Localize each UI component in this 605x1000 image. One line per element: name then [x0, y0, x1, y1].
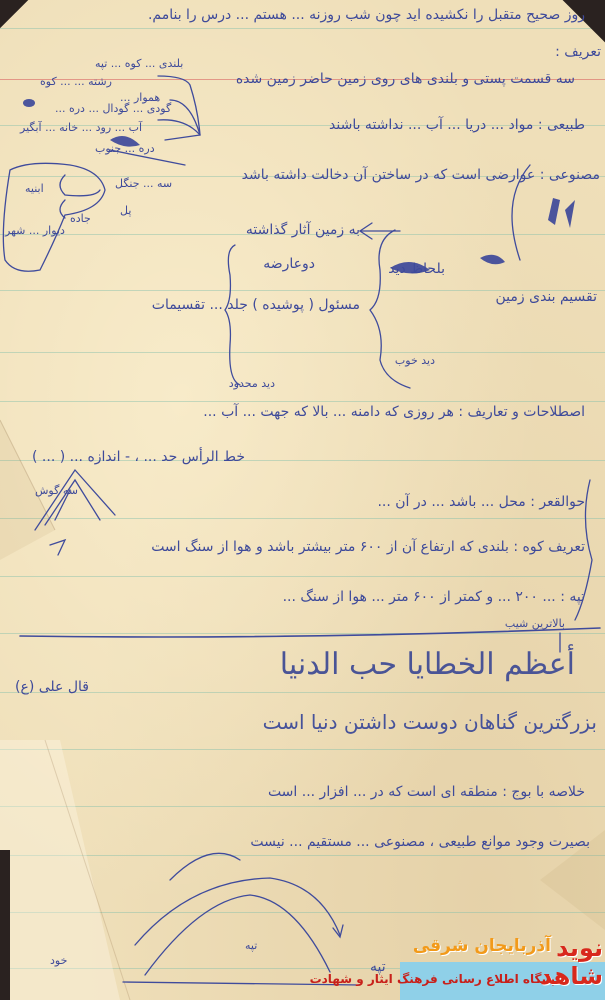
margin-note: پل	[120, 205, 131, 216]
text-line: دید محدود	[229, 378, 275, 389]
quote-translation: بزرگترین گناهان دوست داشتن دنیا است	[263, 712, 597, 732]
torn-corner	[0, 0, 28, 28]
text-line: به زمین آثار گذاشته	[246, 223, 360, 237]
text-line: دوعارضه	[263, 257, 315, 271]
text-line: بالاترین شیب	[505, 618, 565, 629]
diagram-label: تپه	[245, 940, 257, 951]
watermark-logo: نوید شاهد	[557, 934, 603, 996]
text-line: بصیرت وجود موانع طبیعی ، مصنوعی ... مستق…	[250, 835, 590, 849]
margin-note: بلندی ... کوه ... تپه	[95, 58, 183, 69]
watermark-subtitle: پایگاه اطلاع رسانی فرهنگ ایثار و شهادت	[310, 972, 555, 986]
text-line: خط الرأس حد ... ، - اندازه ... ( ... )	[32, 450, 245, 464]
ruling-line	[0, 806, 605, 807]
ruling-line	[0, 401, 605, 402]
text-line: حوالقعر : محل ... باشد ... در آن ...	[377, 495, 585, 509]
quote-arabic: أعظم الخطایا حب الدنیا	[280, 650, 575, 680]
ruling-line	[0, 576, 605, 577]
ruling-line	[0, 749, 605, 750]
ruling-line	[0, 692, 605, 693]
margin-note: ابنیه	[25, 183, 44, 194]
margin-note: دره ... جنوب	[95, 143, 155, 154]
text-line: بلحاظ دید	[388, 262, 445, 276]
text-line: اصطلاحات و تعاریف : هر روزی که دامنه ...…	[203, 405, 585, 419]
text-line: تعریف کوه : بلندی که ارتفاع آن از ۶۰۰ مت…	[151, 540, 585, 554]
text-line: طبیعی : مواد ... دریا ... آب ... نداشته …	[329, 118, 585, 132]
margin-note: گودی ... گودال ... دره ...	[55, 103, 171, 114]
notebook-page: روز صحیح متقبل را نکشیده اید چون شب روزن…	[0, 0, 605, 1000]
text-line: خلاصه با بوج : منطقه ای است که در ... اف…	[268, 785, 585, 799]
margin-note: رشته ... ... کوه	[40, 76, 112, 87]
watermark-region: آذربایجان شرقی	[413, 936, 551, 956]
torn-edge	[0, 850, 10, 1000]
margin-note: آب ... رود ... خانه ... آبگیر	[20, 122, 142, 133]
ruling-line	[0, 855, 605, 856]
heading-definition: تعریف :	[555, 45, 601, 59]
text-line: تپه : ... ۲۰۰ ... و کمتر از ۶۰۰ متر ... …	[283, 590, 585, 604]
text-line: سه قسمت پستی و بلندی های روی زمین حاضر ز…	[236, 72, 575, 86]
ruling-line	[0, 518, 605, 519]
ruling-line	[0, 28, 605, 29]
margin-note: سه ... جنگل	[115, 178, 172, 189]
margin-note: دیوار ... شهر	[5, 225, 65, 236]
text-line: دید خوب	[395, 355, 435, 366]
margin-note: سه گوش	[35, 485, 78, 496]
diagram-label: خود	[50, 955, 67, 966]
text-line: مصنوعی : عوارضی است که در ساختن آن دخالت…	[242, 168, 600, 182]
text-line: مسئول ( پوشیده ) جلد ... تقسیمات	[152, 298, 360, 312]
quote-attribution: قال علی (ع)	[15, 680, 89, 694]
ruling-line	[0, 633, 605, 634]
ruling-line	[0, 912, 605, 913]
watermark: آذربایجان شرقی پایگاه اطلاع رسانی فرهنگ …	[395, 932, 605, 1000]
margin-note: جاده	[70, 213, 91, 224]
text-line: تقسیم بندی زمین	[496, 290, 597, 304]
text-line: روز صحیح متقبل را نکشیده اید چون شب روزن…	[148, 8, 585, 22]
ruling-line	[0, 352, 605, 353]
